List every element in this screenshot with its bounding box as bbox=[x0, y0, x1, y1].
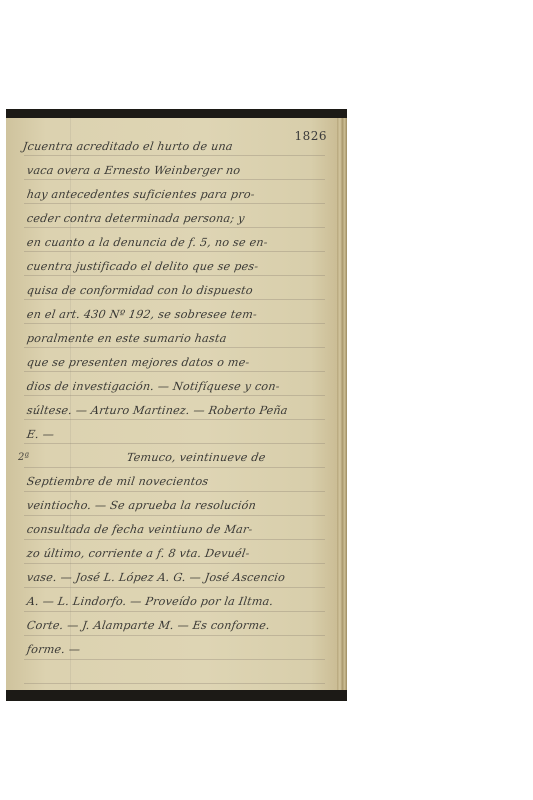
text-line: A. — L. Lindorfo. — Proveído por la Iltm… bbox=[26, 595, 274, 608]
page-edge bbox=[337, 118, 347, 690]
folio-number: 1826 bbox=[294, 129, 327, 143]
text-line: vase. — José L. López A. G. — José Ascen… bbox=[26, 571, 286, 584]
text-line: E. — bbox=[26, 428, 55, 441]
text-line: Temuco, veintinueve de bbox=[126, 451, 266, 464]
ruled-line bbox=[24, 419, 325, 420]
ruled-line bbox=[24, 659, 325, 660]
text-line: Septiembre de mil novecientos bbox=[26, 475, 209, 488]
ruled-line bbox=[24, 611, 325, 612]
text-line: en cuanto a la denuncia de f. 5, no se e… bbox=[26, 236, 269, 249]
ruled-line bbox=[24, 515, 325, 516]
text-line: Corte. — J. Alamparte M. — Es conforme. bbox=[26, 619, 271, 632]
ruled-line bbox=[24, 371, 325, 372]
text-line: dios de investigación. — Notifíquese y c… bbox=[26, 380, 281, 393]
ruled-line bbox=[24, 491, 325, 492]
ruled-line bbox=[24, 155, 325, 156]
ruled-line bbox=[24, 251, 325, 252]
ruled-line bbox=[24, 203, 325, 204]
ruled-line bbox=[24, 563, 325, 564]
text-line: quisa de conformidad con lo dispuesto bbox=[26, 284, 254, 297]
text-line: que se presenten mejores datos o me- bbox=[26, 356, 250, 369]
ruled-line bbox=[24, 179, 325, 180]
margin-note: 2ª bbox=[18, 452, 29, 463]
ruled-line bbox=[24, 539, 325, 540]
ruled-line bbox=[24, 227, 325, 228]
text-line: consultada de fecha veintiuno de Mar- bbox=[26, 523, 253, 536]
ruled-line bbox=[24, 635, 325, 636]
ruled-line bbox=[24, 299, 325, 300]
ruled-line bbox=[24, 443, 325, 444]
ruled-line bbox=[24, 347, 325, 348]
text-line: hay antecedentes suficientes para pro- bbox=[26, 188, 256, 201]
ruled-line bbox=[24, 395, 325, 396]
text-line: súltese. — Arturo Martinez. — Roberto Pe… bbox=[26, 404, 289, 417]
ledger-page: 1826 Jcuentra acreditado el hurto de una… bbox=[6, 118, 337, 690]
text-line: poralmente en este sumario hasta bbox=[26, 332, 227, 345]
text-line: en el art. 430 Nº 192, se sobresee tem- bbox=[26, 308, 258, 321]
ruled-line bbox=[24, 275, 325, 276]
scanned-ledger-page: 1826 Jcuentra acreditado el hurto de una… bbox=[6, 109, 347, 701]
ruled-line bbox=[24, 683, 325, 684]
text-line: Jcuentra acreditado el hurto de una bbox=[22, 140, 234, 153]
text-line: vaca overa a Ernesto Weinberger no bbox=[26, 164, 241, 177]
text-line: veintiocho. — Se aprueba la resolución bbox=[26, 499, 257, 512]
text-line: cuentra justificado el delito que se pes… bbox=[26, 260, 259, 273]
ruled-line bbox=[24, 467, 325, 468]
ruled-line bbox=[24, 323, 325, 324]
ruled-line bbox=[24, 587, 325, 588]
text-line: forme. — bbox=[26, 643, 81, 656]
text-line: zo último, corriente a f. 8 vta. Devuél- bbox=[26, 547, 251, 560]
text-line: ceder contra determinada persona; y bbox=[26, 212, 246, 225]
